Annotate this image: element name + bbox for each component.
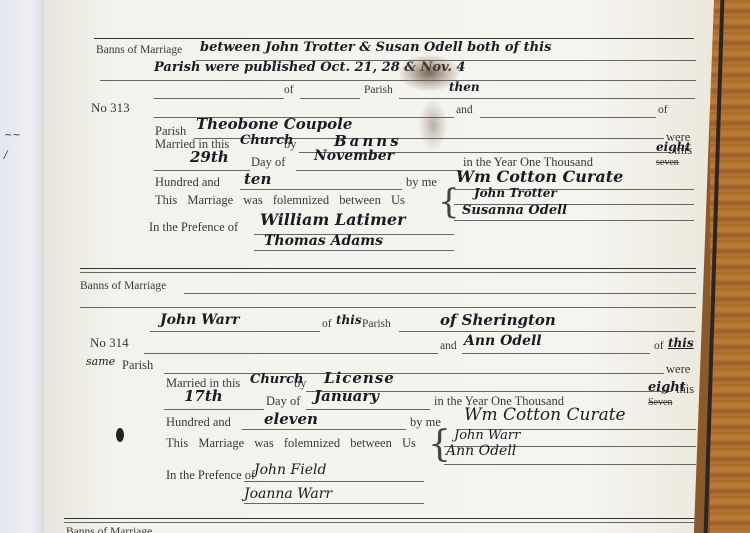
parish-label: Parish bbox=[364, 84, 393, 96]
by-me-label: by me bbox=[406, 175, 437, 190]
fill-line bbox=[480, 117, 656, 118]
groom-hand: John Warr bbox=[160, 312, 240, 328]
fill-line bbox=[399, 98, 695, 99]
century-hand: eight bbox=[656, 140, 691, 154]
of-label: of bbox=[658, 104, 668, 116]
divider bbox=[64, 522, 700, 523]
year-hand: eleven bbox=[264, 410, 318, 428]
fill-line bbox=[144, 353, 438, 354]
were-label: were bbox=[666, 362, 690, 377]
left-facing-page: ~~ / bbox=[0, 0, 46, 533]
and-label: and bbox=[456, 104, 473, 116]
footer-banns-label: Banns of Marriage bbox=[66, 526, 152, 533]
of-label: of bbox=[284, 84, 294, 96]
day-hand: 17th bbox=[184, 387, 223, 405]
solemnized-label: This Marriage was folemnized between Us bbox=[155, 193, 405, 208]
wooden-desk-background bbox=[710, 0, 750, 533]
fill-line bbox=[454, 220, 694, 221]
fill-line bbox=[80, 307, 696, 308]
banns-label: Banns of Marriage bbox=[80, 280, 166, 292]
century-struck: seven bbox=[656, 157, 679, 168]
fill-line bbox=[154, 98, 284, 99]
hundred-label: Hundred and bbox=[155, 175, 220, 190]
party2-hand: Ann Odell bbox=[446, 443, 516, 459]
parish-hand: Theobone Coupole bbox=[196, 115, 352, 133]
brace: { bbox=[438, 182, 460, 222]
fill-line bbox=[399, 331, 695, 332]
of-hand: this bbox=[336, 313, 362, 327]
parish-label: Parish bbox=[122, 358, 153, 373]
ink-stain bbox=[399, 55, 459, 91]
divider bbox=[80, 272, 696, 273]
of-label: of bbox=[322, 318, 332, 330]
register-page: Banns of Marriage between John Trotter &… bbox=[44, 0, 714, 533]
month-hand: January bbox=[314, 387, 379, 405]
presence-label: In the Prefence of bbox=[166, 468, 255, 483]
fill-line bbox=[100, 80, 696, 81]
parish-label: Parish bbox=[362, 318, 391, 330]
witness1-hand: William Latimer bbox=[260, 210, 406, 229]
party2-hand: Susanna Odell bbox=[462, 203, 567, 218]
entry-number: No 314 bbox=[90, 335, 129, 351]
day-of-label: Day of bbox=[266, 394, 300, 409]
divider bbox=[64, 518, 700, 519]
witness2-hand: Joanna Warr bbox=[244, 486, 332, 502]
fill-line bbox=[244, 503, 424, 504]
officiant-hand: Wm Cotton Curate bbox=[464, 405, 626, 425]
day-of-label: Day of bbox=[251, 155, 285, 170]
fill-line bbox=[164, 409, 264, 410]
fill-line bbox=[240, 189, 402, 190]
margin-scrawl: ~~ bbox=[4, 130, 21, 141]
witness2-hand: Thomas Adams bbox=[264, 233, 383, 249]
witness1-hand: John Field bbox=[254, 462, 326, 478]
fill-line bbox=[306, 409, 430, 410]
fill-line bbox=[242, 429, 406, 430]
margin-scrawl: / bbox=[4, 150, 7, 161]
century-struck: Seven bbox=[648, 397, 672, 408]
year-hand: ten bbox=[244, 170, 271, 188]
fill-line bbox=[150, 331, 320, 332]
fill-line bbox=[300, 98, 360, 99]
fill-line bbox=[296, 170, 460, 171]
divider bbox=[94, 38, 694, 39]
fill-line bbox=[444, 464, 696, 465]
by-label: by bbox=[294, 376, 307, 391]
month-hand: November bbox=[314, 148, 394, 164]
officiant-hand: Wm Cotton Curate bbox=[456, 167, 623, 186]
fill-line bbox=[164, 373, 664, 374]
bride-hand: Ann Odell bbox=[464, 333, 542, 349]
of-label: of bbox=[654, 340, 664, 352]
fill-line bbox=[244, 481, 424, 482]
fill-line bbox=[154, 170, 250, 171]
same-hand: same bbox=[86, 355, 115, 368]
century-hand: eight bbox=[648, 380, 686, 395]
of-hand: this bbox=[668, 336, 694, 350]
entry-number: No 313 bbox=[91, 100, 130, 116]
by-hand: License bbox=[324, 369, 395, 387]
solemnized-label: This Marriage was folemnized between Us bbox=[166, 436, 416, 451]
parish-hand: of Sherington bbox=[440, 311, 556, 329]
presence-label: In the Prefence of bbox=[149, 220, 238, 235]
fill-line bbox=[184, 293, 696, 294]
fill-line bbox=[462, 353, 650, 354]
day-hand: 29th bbox=[190, 148, 229, 166]
fill-line bbox=[254, 250, 454, 251]
banns-text-line1: between John Trotter & Susan Odell both … bbox=[200, 40, 551, 55]
by-label: by bbox=[284, 137, 297, 152]
divider bbox=[80, 268, 696, 269]
party1-hand: John Warr bbox=[454, 428, 520, 443]
party1-hand: John Trotter bbox=[474, 186, 557, 200]
banns-label: Banns of Marriage bbox=[96, 44, 182, 56]
ink-stain bbox=[419, 100, 447, 150]
ink-blot bbox=[116, 428, 124, 442]
hundred-label: Hundred and bbox=[166, 415, 231, 430]
and-label: and bbox=[440, 340, 457, 352]
